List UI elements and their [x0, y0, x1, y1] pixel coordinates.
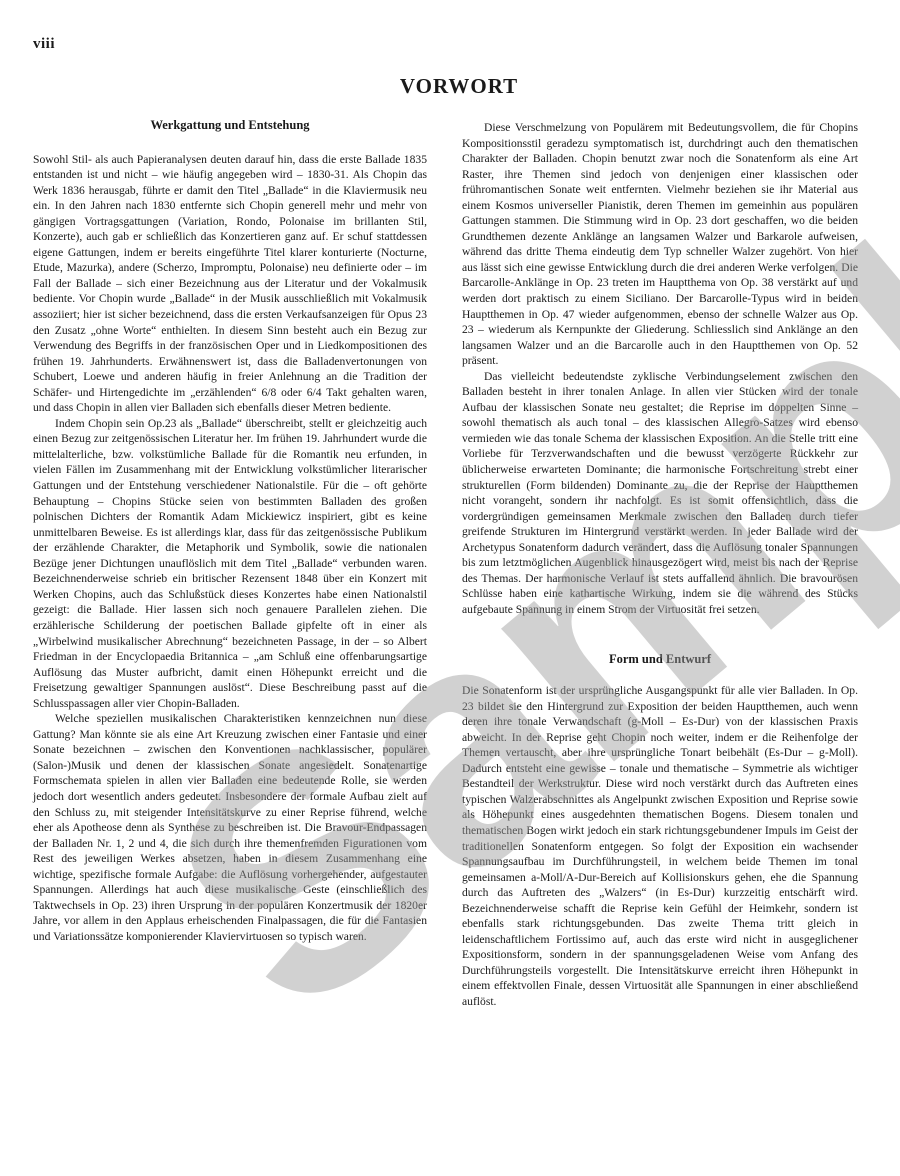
paragraph: Indem Chopin sein Op.23 als „Ballade“ üb… — [33, 416, 427, 711]
paragraph: Welche speziellen musikalischen Charakte… — [33, 711, 427, 944]
paragraph: Diese Verschmelzung von Populärem mit Be… — [462, 120, 858, 369]
section-heading-werkgattung: Werkgattung und Entstehung — [33, 118, 427, 134]
page-number: viii — [33, 36, 55, 53]
page-title: VORWORT — [0, 74, 900, 99]
right-column: Diese Verschmelzung von Populärem mit Be… — [462, 120, 858, 1010]
paragraph: Das vielleicht bedeutendste zyklische Ve… — [462, 369, 858, 618]
left-column: Werkgattung und Entstehung Sowohl Stil- … — [33, 114, 427, 944]
paragraph: Sowohl Stil- als auch Papieranalysen deu… — [33, 152, 427, 416]
section-heading-form-und-entwurf: Form und Entwurf — [462, 652, 858, 668]
paragraph: Die Sonatenform ist der ursprüngliche Au… — [462, 683, 858, 1009]
